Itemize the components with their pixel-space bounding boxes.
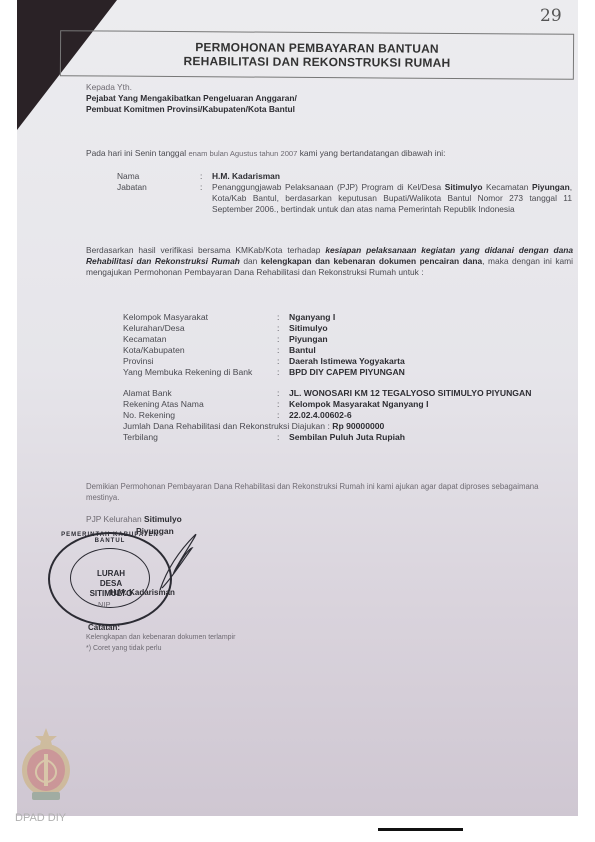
position-text-1: Penanggungjawab Pelaksanaan (PJP) Progra… [212,182,441,192]
opening-date: enam bulan Agustus tahun 2007 [188,149,297,158]
detail-row: Kota/Kabupaten:Bantul [123,345,185,355]
detail-colon: : [277,334,279,344]
opening-prefix: Pada hari ini Senin tanggal [86,148,186,158]
signature-title: PJP Kelurahan Sitimulyo [86,514,182,525]
detail-value: BPD DIY CAPEM PIYUNGAN [289,367,405,377]
page-number: 29 [540,6,562,26]
notes-line-1: Kelengkapan dan kebenaran dokumen terlam… [86,632,235,643]
notes-line-2: *) Coret yang tidak perlu [86,643,161,654]
addressee-line-1: Pejabat Yang Mengakibatkan Pengeluaran A… [86,93,297,104]
detail-label: Rekening Atas Nama [123,399,204,409]
basis-text-2: dan [243,256,257,266]
stamp-ring-text: PEMERINTAH KABUPATEN BANTUL [50,532,170,544]
detail-row: Provinsi:Daerah Istimewa Yogyakarta [123,356,154,366]
position-village: Sitimulyo [445,182,483,192]
detail-label: Kelompok Masyarakat [123,312,208,322]
detail-row: Yang Membuka Rekening di Bank:BPD DIY CA… [123,367,252,377]
detail-label: Alamat Bank [123,388,172,398]
detail-value: JL. WONOSARI KM 12 TEGALYOSO SITIMULYO P… [289,388,531,398]
detail-label: Yang Membuka Rekening di Bank [123,367,252,377]
amount-row: Jumlah Dana Rehabilitasi dan Rekonstruks… [123,421,384,431]
in-words-colon: : [277,432,279,442]
detail-value: Bantul [289,345,316,355]
position-colon: : [200,182,202,193]
detail-value: Nganyang I [289,312,335,322]
detail-label: Kecamatan [123,334,166,344]
detail-colon: : [277,399,279,409]
detail-value: Daerah Istimewa Yogyakarta [289,356,405,366]
salutation: Kepada Yth. [86,82,132,93]
basis-text-1: Berdasarkan hasil verifikasi bersama KMK… [86,245,320,255]
position-label: Jabatan [117,182,147,193]
detail-colon: : [277,367,279,377]
position-text-2: Kecamatan [486,182,528,192]
detail-colon: : [277,345,279,355]
opening-line: Pada hari ini Senin tanggal enam bulan A… [86,148,566,159]
basis-bold: kelengkapan dan kebenaran dokumen pencai… [261,256,482,266]
signatory-name: H.M. Kadarisman [110,587,175,598]
opening-suffix: kami yang bertandatangan dibawah ini: [300,148,446,158]
scan-bar [378,828,463,831]
in-words-row: Terbilang:Sembilan Puluh Juta Rupiah [123,432,158,442]
addressee-line-2: Pembuat Komitmen Provinsi/Kabupaten/Kota… [86,104,295,115]
basis-paragraph: Berdasarkan hasil verifikasi bersama KMK… [86,245,573,278]
watermark-text: DPAD DIY [15,812,66,824]
detail-label: Kelurahan/Desa [123,323,185,333]
in-words-label: Terbilang [123,432,158,442]
closing-paragraph: Demikian Permohonan Pembayaran Dana Reha… [86,481,556,503]
detail-value: Kelompok Masyarakat Nganyang I [289,399,428,409]
signature-title-village: Sitimulyo [144,514,182,524]
dpad-emblem-icon [18,726,74,804]
detail-value: Sitimulyo [289,323,328,333]
detail-colon: : [277,388,279,398]
detail-row: Rekening Atas Nama:Kelompok Masyarakat N… [123,399,204,409]
detail-row: Kelompok Masyarakat:Nganyang I [123,312,208,322]
detail-colon: : [277,312,279,322]
detail-colon: : [277,410,279,420]
position-district: Piyungan [532,182,570,192]
official-stamp: PEMERINTAH KABUPATEN BANTUL LURAH DESA S… [48,532,172,626]
detail-value: 22.02.4.00602-6 [289,410,352,420]
detail-colon: : [277,323,279,333]
in-words-value: Sembilan Puluh Juta Rupiah [289,432,405,442]
detail-row: No. Rekening:22.02.4.00602-6 [123,410,175,420]
signature-title-prefix: PJP Kelurahan [86,514,142,524]
document-title-box: PERMOHONAN PEMBAYARAN BANTUAN REHABILITA… [60,30,574,80]
detail-label: Provinsi [123,356,154,366]
detail-value: Piyungan [289,334,328,344]
stamp-line-1: LURAH [83,569,139,579]
name-value: H.M. Kadarisman [212,171,280,182]
title-line-2: REHABILITASI DAN REKONSTRUKSI RUMAH [61,53,573,71]
detail-colon: : [277,356,279,366]
detail-label: No. Rekening [123,410,175,420]
detail-row: Alamat Bank:JL. WONOSARI KM 12 TEGALYOSO… [123,388,172,398]
nip-label: NIP [98,599,111,610]
position-value: Penanggungjawab Pelaksanaan (PJP) Progra… [212,182,572,215]
detail-row: Kelurahan/Desa:Sitimulyo [123,323,185,333]
name-label: Nama [117,171,139,182]
name-colon: : [200,171,202,182]
detail-row: Kecamatan:Piyungan [123,334,166,344]
amount-label: Jumlah Dana Rehabilitasi dan Rekonstruks… [123,421,330,431]
amount-value: Rp 90000000 [332,421,384,431]
detail-label: Kota/Kabupaten [123,345,185,355]
